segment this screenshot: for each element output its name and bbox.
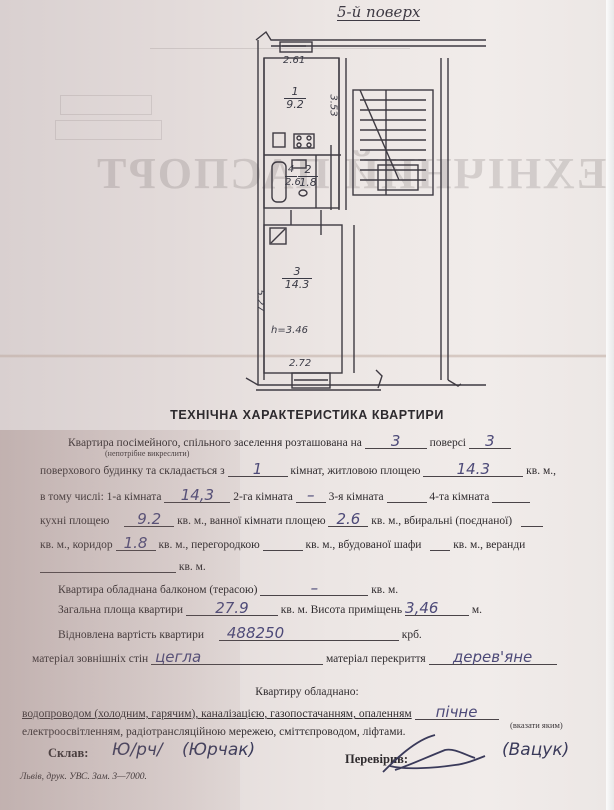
floor-field: 3 <box>365 434 427 449</box>
rooms-count-field: 1 <box>228 462 288 477</box>
room1-field: 14,3 <box>164 488 230 503</box>
strike-note: (непотрібне викреслити) <box>105 449 189 458</box>
section-title: ТЕХНІЧНА ХАРАКТЕРИСТИКА КВАРТИРИ <box>0 408 606 422</box>
living-area-field: 14.3 <box>423 462 523 477</box>
total-floors-field: 3 <box>469 434 511 449</box>
total-area-field: 27.9 <box>186 601 278 616</box>
bathroom-field: 2.6 <box>328 512 368 527</box>
equipment-line-1: водопроводом (холодним, гарячим), каналі… <box>22 705 499 720</box>
checked-name: (Вацук) <box>502 740 569 760</box>
form-line-6: кв. м. <box>40 558 206 573</box>
checked-signature-scribble <box>375 730 495 780</box>
closet-field <box>430 536 450 551</box>
form-line-3: в тому числі: 1-а кімната 14,3 2-га кімн… <box>40 488 530 503</box>
balcony-line: Квартира обладнана балконом (терасою) – … <box>58 581 398 596</box>
room4-field <box>492 488 530 503</box>
compiled-name: (Юрчак) <box>182 740 255 760</box>
partition-field <box>263 536 303 551</box>
kitchen-field: 9.2 <box>124 512 174 527</box>
equipment-line-2: електроосвітленням, радіотрансляційною м… <box>22 726 406 738</box>
height-field: 3,46 <box>405 601 469 616</box>
compiled-signature: Ю/рч/ <box>112 740 163 760</box>
ceiling-material-field: дерев'яне <box>429 650 557 665</box>
bleed-through-box <box>55 120 162 140</box>
room-length-dim: 5.27 <box>255 289 266 311</box>
cost-field: 488250 <box>219 626 399 641</box>
ceiling-height-dim: h=3.46 <box>271 325 308 336</box>
form-line-2: поверхового будинку та складається з 1 к… <box>40 462 556 477</box>
veranda-field <box>40 558 176 573</box>
kitchen-length-dim: 3.53 <box>328 94 339 116</box>
room-1-label: 19.2 <box>284 86 306 111</box>
heating-field: пічне <box>415 705 499 720</box>
room-4-label: 42.6 <box>285 164 297 189</box>
balcony-field: – <box>260 581 368 596</box>
room-width-dim: 2.72 <box>289 358 311 369</box>
floor-plan <box>236 0 486 400</box>
toilet-field <box>521 512 543 527</box>
materials-line: матеріал зовнішніх стін цегла матеріал п… <box>32 650 557 665</box>
form-line-4: кухні площею 9.2 кв. м., ванної кімнати … <box>40 512 543 527</box>
cost-line: Відновлена вартість квартири 488250 крб. <box>58 626 422 641</box>
paper-edge <box>606 0 614 810</box>
printer-footer: Львів, друк. УВС. Зам. 3—7000. <box>20 772 147 782</box>
heating-note: (вказати яким) <box>510 720 563 730</box>
form-line-5: кв. м., коридор 1.8 кв. м., перегородкою… <box>40 536 525 551</box>
equipment-title: Квартиру обладнано: <box>0 686 606 698</box>
room-2-label: 21.8 <box>298 164 318 189</box>
total-area-line: Загальна площа квартири 27.9 кв. м. Висо… <box>58 601 482 616</box>
room2-field: – <box>296 488 326 503</box>
corridor-field: 1.8 <box>116 536 156 551</box>
walls-material-field: цегла <box>151 650 323 665</box>
kitchen-width-dim: 2.61 <box>283 55 305 66</box>
room-3-label: 314.3 <box>282 266 312 291</box>
bleed-through-box <box>60 95 152 115</box>
compiled-label: Склав: <box>48 746 88 761</box>
room3-field <box>387 488 427 503</box>
form-line-1: Квартира посімейного, спільного заселенн… <box>68 434 511 449</box>
passport-page: ТЕХНІЧНИЙ ПАСПОРТ 5-й поверх <box>0 0 606 810</box>
